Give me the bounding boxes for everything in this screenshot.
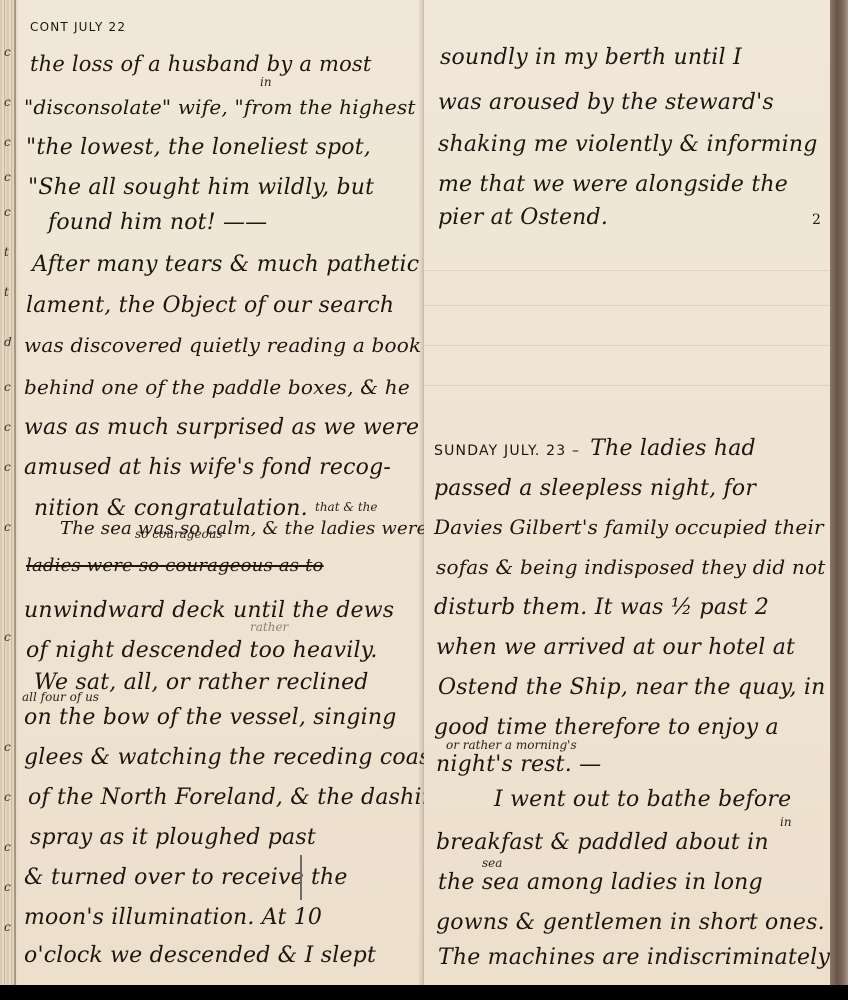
text-line: After many tears & much pathetic: [32, 252, 419, 277]
margin-mark: c: [4, 880, 11, 894]
text-line: behind one of the paddle boxes, & he: [24, 375, 410, 399]
text-line: the sea among ladies in long: [438, 870, 763, 895]
margin-mark: c: [4, 920, 11, 934]
insertion-mark: that & the: [315, 500, 378, 514]
margin-mark: c: [4, 380, 11, 394]
text-line: The machines are indiscriminately: [438, 945, 830, 970]
book-cover-edge: [830, 0, 848, 990]
text-line: soundly in my berth until I: [440, 45, 742, 70]
text-line: night's rest. —: [436, 752, 601, 777]
right-page: soundly in my berth until I was aroused …: [424, 0, 848, 990]
margin-mark: c: [4, 460, 11, 474]
entry-date-heading: SUNDAY JULY. 23 –: [434, 443, 580, 459]
text-line: shaking me violently & informing: [438, 132, 818, 157]
text-line: o'clock we descended & I slept: [24, 943, 376, 968]
pencil-insertion: rather: [250, 620, 288, 634]
text-line: on the bow of the vessel, singing: [24, 705, 397, 730]
text-line: unwindward deck until the dews: [24, 598, 394, 623]
margin-mark: c: [4, 45, 11, 59]
text-line: glees & watching the receding coast: [24, 745, 424, 770]
margin-mark: t: [4, 245, 9, 259]
insertion-mark: in: [780, 815, 792, 829]
text-line: lament, the Object of our search: [26, 293, 394, 318]
text-line: spray as it ploughed past: [30, 825, 316, 850]
margin-mark: c: [4, 420, 11, 434]
scan-background: [0, 985, 848, 1000]
margin-mark: c: [4, 520, 11, 534]
margin-mark: c: [4, 840, 11, 854]
left-page: c c c c c t t d c c c c c c c c c c CONT…: [0, 0, 424, 985]
text-line: was discovered quietly reading a book: [24, 333, 421, 357]
text-line: the loss of a husband by a most: [30, 52, 372, 76]
text-line: Ostend the Ship, near the quay, in: [438, 675, 826, 700]
text-line: The ladies had: [590, 436, 756, 461]
text-line: was as much surprised as we were: [24, 415, 419, 440]
margin-mark: c: [4, 740, 11, 754]
text-line: moon's illumination. At 10: [24, 905, 322, 930]
text-line: The sea was so calm, & the ladies were s…: [60, 518, 424, 539]
page-number: 2: [812, 212, 821, 228]
insertion-mark: or rather a morning's: [446, 738, 577, 752]
text-line: "disconsolate" wife, "from the highest: [24, 95, 416, 119]
entry-first-line: SUNDAY JULY. 23 –The ladies had: [434, 436, 756, 461]
margin-mark: c: [4, 95, 11, 109]
pencil-mark: [300, 855, 302, 900]
text-line: passed a sleepless night, for: [434, 476, 756, 501]
margin-mark: c: [4, 135, 11, 149]
text-line: of night descended too heavily.: [26, 638, 378, 663]
insertion-mark: in: [260, 75, 272, 89]
text-line: "the lowest, the loneliest spot,: [26, 135, 371, 160]
text-line: found him not! ——: [48, 210, 267, 235]
text-line: was aroused by the steward's: [438, 90, 774, 115]
text-line: "She all sought him wildly, but: [28, 175, 374, 200]
margin-mark: d: [4, 335, 12, 349]
text-line: disturb them. It was ½ past 2: [434, 595, 769, 620]
diary-spread: c c c c c t t d c c c c c c c c c c CONT…: [0, 0, 848, 985]
text-line: of the North Foreland, & the dashing: [28, 785, 424, 810]
text-line: good time therefore to enjoy a: [434, 715, 779, 740]
margin-mark: c: [4, 790, 11, 804]
text-line: me that we were alongside the: [438, 172, 788, 197]
margin-marks: c c c c c t t d c c c c c c c c c c: [4, 0, 16, 985]
text-line: pier at Ostend.: [438, 205, 608, 230]
margin-mark: c: [4, 170, 11, 184]
text-line: breakfast & paddled about in: [436, 830, 769, 855]
insertion-mark: sea: [482, 856, 502, 870]
insertion-mark: all four of us: [22, 690, 99, 704]
margin-mark: c: [4, 630, 11, 644]
text-line: sofas & being indisposed they did not: [436, 555, 825, 579]
margin-mark: t: [4, 285, 9, 299]
text-line: when we arrived at our hotel at: [436, 635, 795, 660]
continued-date-heading: CONT JULY 22: [30, 20, 126, 34]
text-line: Davies Gilbert's family occupied their: [434, 515, 824, 539]
margin-mark: c: [4, 205, 11, 219]
text-line: I went out to bathe before: [494, 787, 791, 812]
text-line: gowns & gentlemen in short ones.: [436, 910, 825, 935]
struck-text-line: ladies were so courageous as to: [26, 555, 324, 576]
text-line: amused at his wife's fond recog-: [24, 455, 391, 480]
insertion-mark: so courageous: [135, 527, 223, 541]
